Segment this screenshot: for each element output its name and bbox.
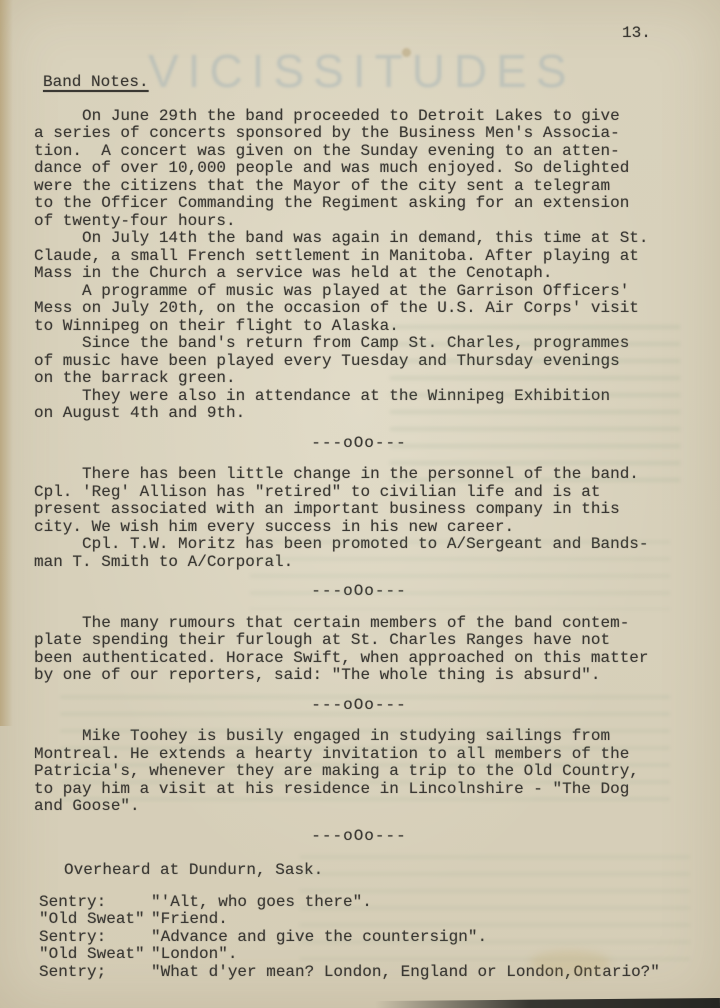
page-title: Band Notes. [43, 74, 149, 92]
paragraph: There has been little change in the pers… [34, 466, 684, 536]
paragraph: Cpl. T.W. Moritz has been promoted to A/… [34, 536, 684, 571]
dialog-speaker: "Old Sweat" [39, 946, 151, 964]
dialog-row: Sentry: "'Alt, who goes there". [39, 894, 684, 912]
paragraph: They were also in attendance at the Winn… [34, 388, 684, 423]
dialog-speaker: Sentry: [39, 894, 151, 912]
scanned-page: VICISSITUDES 13. Band Notes. On June 29t… [0, 0, 720, 1008]
dialog-row: Sentry: "Advance and give the countersig… [39, 929, 684, 947]
dialog-speaker: Sentry: [39, 929, 151, 947]
section-personnel-changes: There has been little change in the pers… [34, 466, 684, 571]
dialog-speaker: "Old Sweat" [39, 911, 151, 929]
paper-stain [530, 950, 610, 976]
dialog-speaker: Sentry; [39, 964, 151, 982]
paragraph: The many rumours that certain members of… [34, 615, 684, 685]
scan-edge-left [0, 0, 13, 726]
dialog-line: "'Alt, who goes there". [151, 894, 372, 912]
overheard-heading: Overheard at Dundurn, Sask. [64, 862, 684, 880]
section-divider: ---oOo--- [34, 583, 684, 601]
section-divider: ---oOo--- [34, 435, 684, 453]
scan-edge-bottom [375, 998, 720, 1008]
section-divider: ---oOo--- [34, 697, 684, 715]
paragraph: Since the band's return from Camp St. Ch… [34, 335, 684, 388]
paragraph: Mike Toohey is busily engaged in studyin… [34, 728, 684, 816]
page-number: 13. [622, 24, 651, 42]
section-band-activities: On June 29th the band proceeded to Detro… [34, 108, 684, 423]
paragraph: On June 29th the band proceeded to Detro… [34, 108, 684, 231]
page-content: Band Notes. On June 29th the band procee… [34, 74, 684, 981]
section-rumours: The many rumours that certain members of… [34, 615, 684, 685]
dialog-line: "Friend. [151, 911, 228, 929]
dialog-line: "London". [151, 946, 237, 964]
paragraph: On July 14th the band was again in deman… [34, 230, 684, 283]
paragraph: A programme of music was played at the G… [34, 283, 684, 336]
section-mike-toohey: Mike Toohey is busily engaged in studyin… [34, 728, 684, 816]
dialog-line: "Advance and give the countersign". [151, 929, 487, 947]
section-divider: ---oOo--- [34, 828, 684, 846]
dialog-row: "Old Sweat" "Friend. [39, 911, 684, 929]
paper-stain [402, 48, 411, 57]
